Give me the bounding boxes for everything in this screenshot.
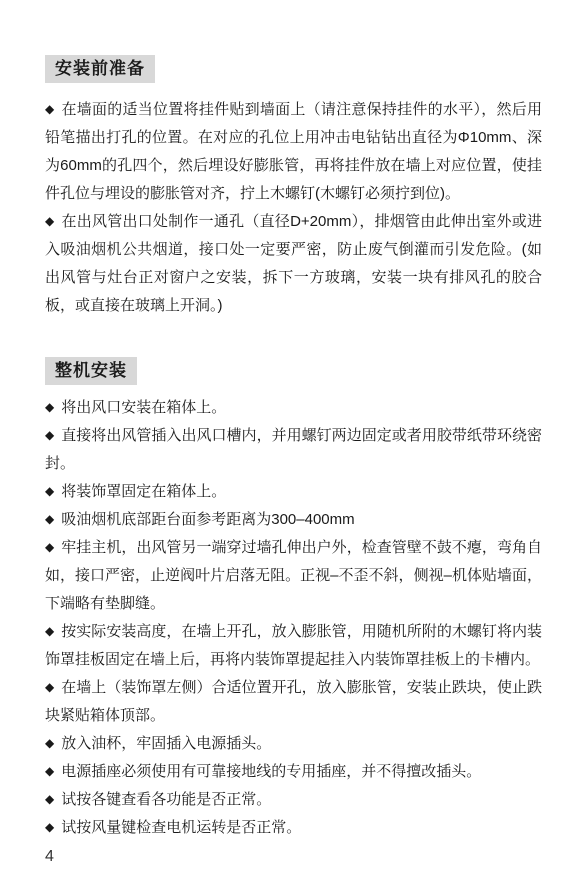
paragraph-text: 将出风口安装在箱体上。 [61,399,226,416]
instruction-paragraph: ◆电源插座必须使用有可靠接地线的专用插座，并不得擅改插头。 [45,758,542,786]
paragraph-text: 试按各键查看各功能是否正常。 [61,791,271,808]
bullet-diamond-icon: ◆ [45,505,54,533]
paragraph-text: 吸油烟机底部距台面参考距离为300–400mm [61,511,354,528]
paragraph-text: 试按风量键检查电机运转是否正常。 [61,819,301,836]
instruction-paragraph: ◆牢挂主机，出风管另一端穿过墙孔伸出户外，检查管壁不鼓不瘪，弯角自如，接口严密，… [45,534,542,618]
bullet-diamond-icon: ◆ [45,785,54,813]
manual-page: 安装前准备 ◆在墙面的适当位置将挂件贴到墙面上（请注意保持挂件的水平），然后用铅… [0,0,587,890]
section-header-row-pre-install: 安装前准备 [45,55,542,83]
bullet-diamond-icon: ◆ [45,95,54,123]
instruction-paragraph: ◆将装饰罩固定在箱体上。 [45,478,542,506]
instruction-paragraph: ◆在墙面的适当位置将挂件贴到墙面上（请注意保持挂件的水平），然后用铅笔描出打孔的… [45,96,542,208]
paragraph-text: 在墙上（装饰罩左侧）合适位置开孔，放入膨胀管，安装止跌块，使止跌块紧贴箱体顶部。 [45,679,542,724]
instruction-paragraph: ◆吸油烟机底部距台面参考距离为300–400mm [45,506,542,534]
bullet-diamond-icon: ◆ [45,477,54,505]
instruction-paragraph: ◆将出风口安装在箱体上。 [45,394,542,422]
bullet-diamond-icon: ◆ [45,757,54,785]
bullet-diamond-icon: ◆ [45,533,54,561]
bullet-diamond-icon: ◆ [45,813,54,841]
bullet-diamond-icon: ◆ [45,617,54,645]
paragraph-text: 在墙面的适当位置将挂件贴到墙面上（请注意保持挂件的水平），然后用铅笔描出打孔的位… [45,101,542,202]
paragraph-text: 牢挂主机，出风管另一端穿过墙孔伸出户外，检查管壁不鼓不瘪，弯角自如，接口严密，止… [45,539,542,612]
paragraph-text: 将装饰罩固定在箱体上。 [61,483,226,500]
paragraph-text: 直接将出风管插入出风口槽内，并用螺钉两边固定或者用胶带纸带环绕密封。 [45,427,542,472]
bullet-diamond-icon: ◆ [45,207,54,235]
instruction-paragraph: ◆直接将出风管插入出风口槽内，并用螺钉两边固定或者用胶带纸带环绕密封。 [45,422,542,478]
paragraph-text: 放入油杯，牢固插入电源插头。 [61,735,271,752]
section-title-whole-install: 整机安装 [45,357,137,385]
paragraph-text: 按实际安装高度，在墙上开孔，放入膨胀管，用随机所附的木螺钉将内装饰罩挂板固定在墙… [45,623,542,668]
instruction-paragraph: ◆按实际安装高度，在墙上开孔，放入膨胀管，用随机所附的木螺钉将内装饰罩挂板固定在… [45,618,542,674]
bullet-diamond-icon: ◆ [45,673,54,701]
bullet-diamond-icon: ◆ [45,729,54,757]
bullet-diamond-icon: ◆ [45,421,54,449]
instruction-paragraph: ◆在墙上（装饰罩左侧）合适位置开孔，放入膨胀管，安装止跌块，使止跌块紧贴箱体顶部… [45,674,542,730]
instruction-paragraph: ◆试按风量键检查电机运转是否正常。 [45,814,542,842]
instruction-paragraph: ◆在出风管出口处制作一通孔（直径D+20mm），排烟管由此伸出室外或进入吸油烟机… [45,208,542,320]
paragraph-text: 电源插座必须使用有可靠接地线的专用插座，并不得擅改插头。 [61,763,481,780]
bullet-diamond-icon: ◆ [45,393,54,421]
section-title-pre-install: 安装前准备 [45,55,155,83]
instruction-paragraph: ◆放入油杯，牢固插入电源插头。 [45,730,542,758]
instruction-paragraph: ◆试按各键查看各功能是否正常。 [45,786,542,814]
page-number: 4 [45,848,54,866]
paragraph-text: 在出风管出口处制作一通孔（直径D+20mm），排烟管由此伸出室外或进入吸油烟机公… [45,213,542,314]
section-header-row-whole-install: 整机安装 [45,357,542,385]
